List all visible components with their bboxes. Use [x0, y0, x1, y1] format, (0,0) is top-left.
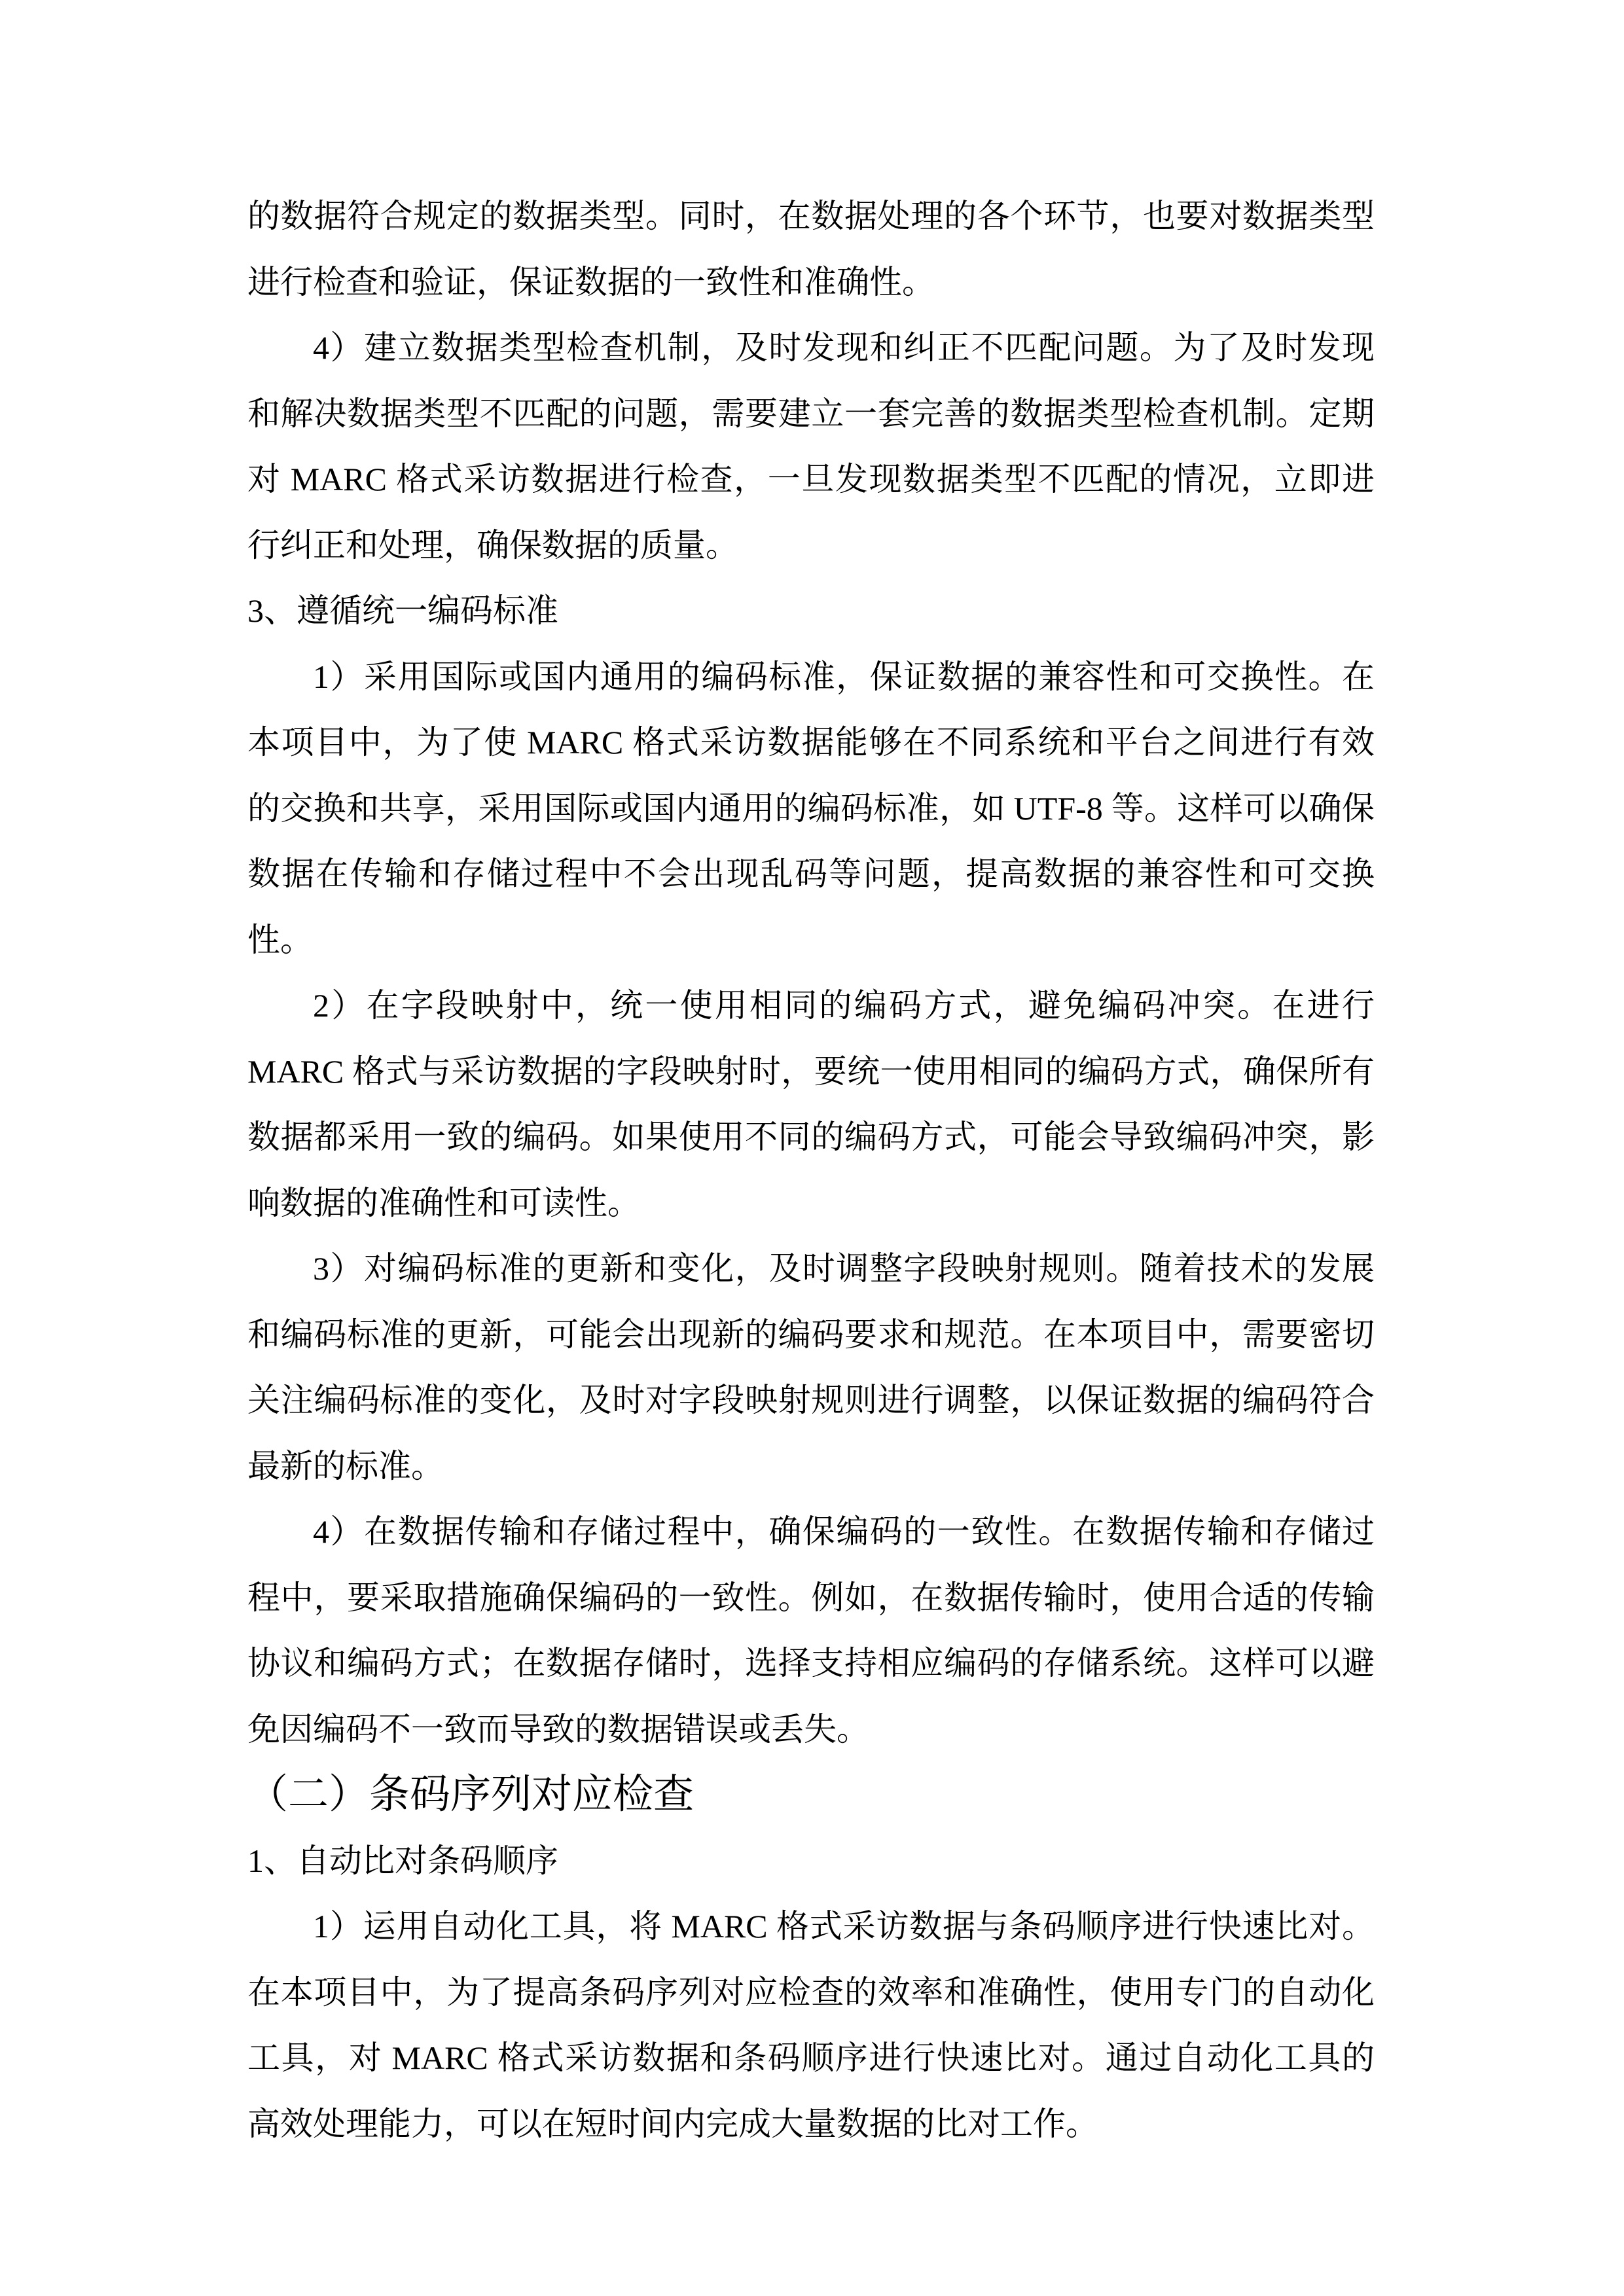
body-paragraph: 3）对编码标准的更新和变化，及时调整字段映射规则。随着技术的发展和编码标准的更新… — [247, 1236, 1375, 1499]
sub-heading: 3、遵循统一编码标准 — [247, 578, 1375, 644]
body-paragraph: 2）在字段映射中，统一使用相同的编码方式，避免编码冲突。在进行 MARC 格式与… — [247, 973, 1375, 1236]
sub-heading: 1、自动比对条码顺序 — [247, 1828, 1375, 1894]
body-paragraph: 1）采用国际或国内通用的编码标准，保证数据的兼容性和可交换性。在本项目中，为了使… — [247, 644, 1375, 973]
body-paragraph: 1）运用自动化工具，将 MARC 格式采访数据与条码顺序进行快速比对。在本项目中… — [247, 1893, 1375, 2157]
section-heading: （二）条码序列对应检查 — [247, 1762, 1375, 1828]
body-paragraph: 4）建立数据类型检查机制，及时发现和纠正不匹配问题。为了及时发现和解决数据类型不… — [247, 315, 1375, 578]
document-body: 的数据符合规定的数据类型。同时，在数据处理的各个环节，也要对数据类型进行检查和验… — [247, 183, 1375, 2157]
body-paragraph: 的数据符合规定的数据类型。同时，在数据处理的各个环节，也要对数据类型进行检查和验… — [247, 183, 1375, 315]
document-page: 的数据符合规定的数据类型。同时，在数据处理的各个环节，也要对数据类型进行检查和验… — [0, 0, 1624, 2296]
body-paragraph: 4）在数据传输和存储过程中，确保编码的一致性。在数据传输和存储过程中，要采取措施… — [247, 1499, 1375, 1762]
